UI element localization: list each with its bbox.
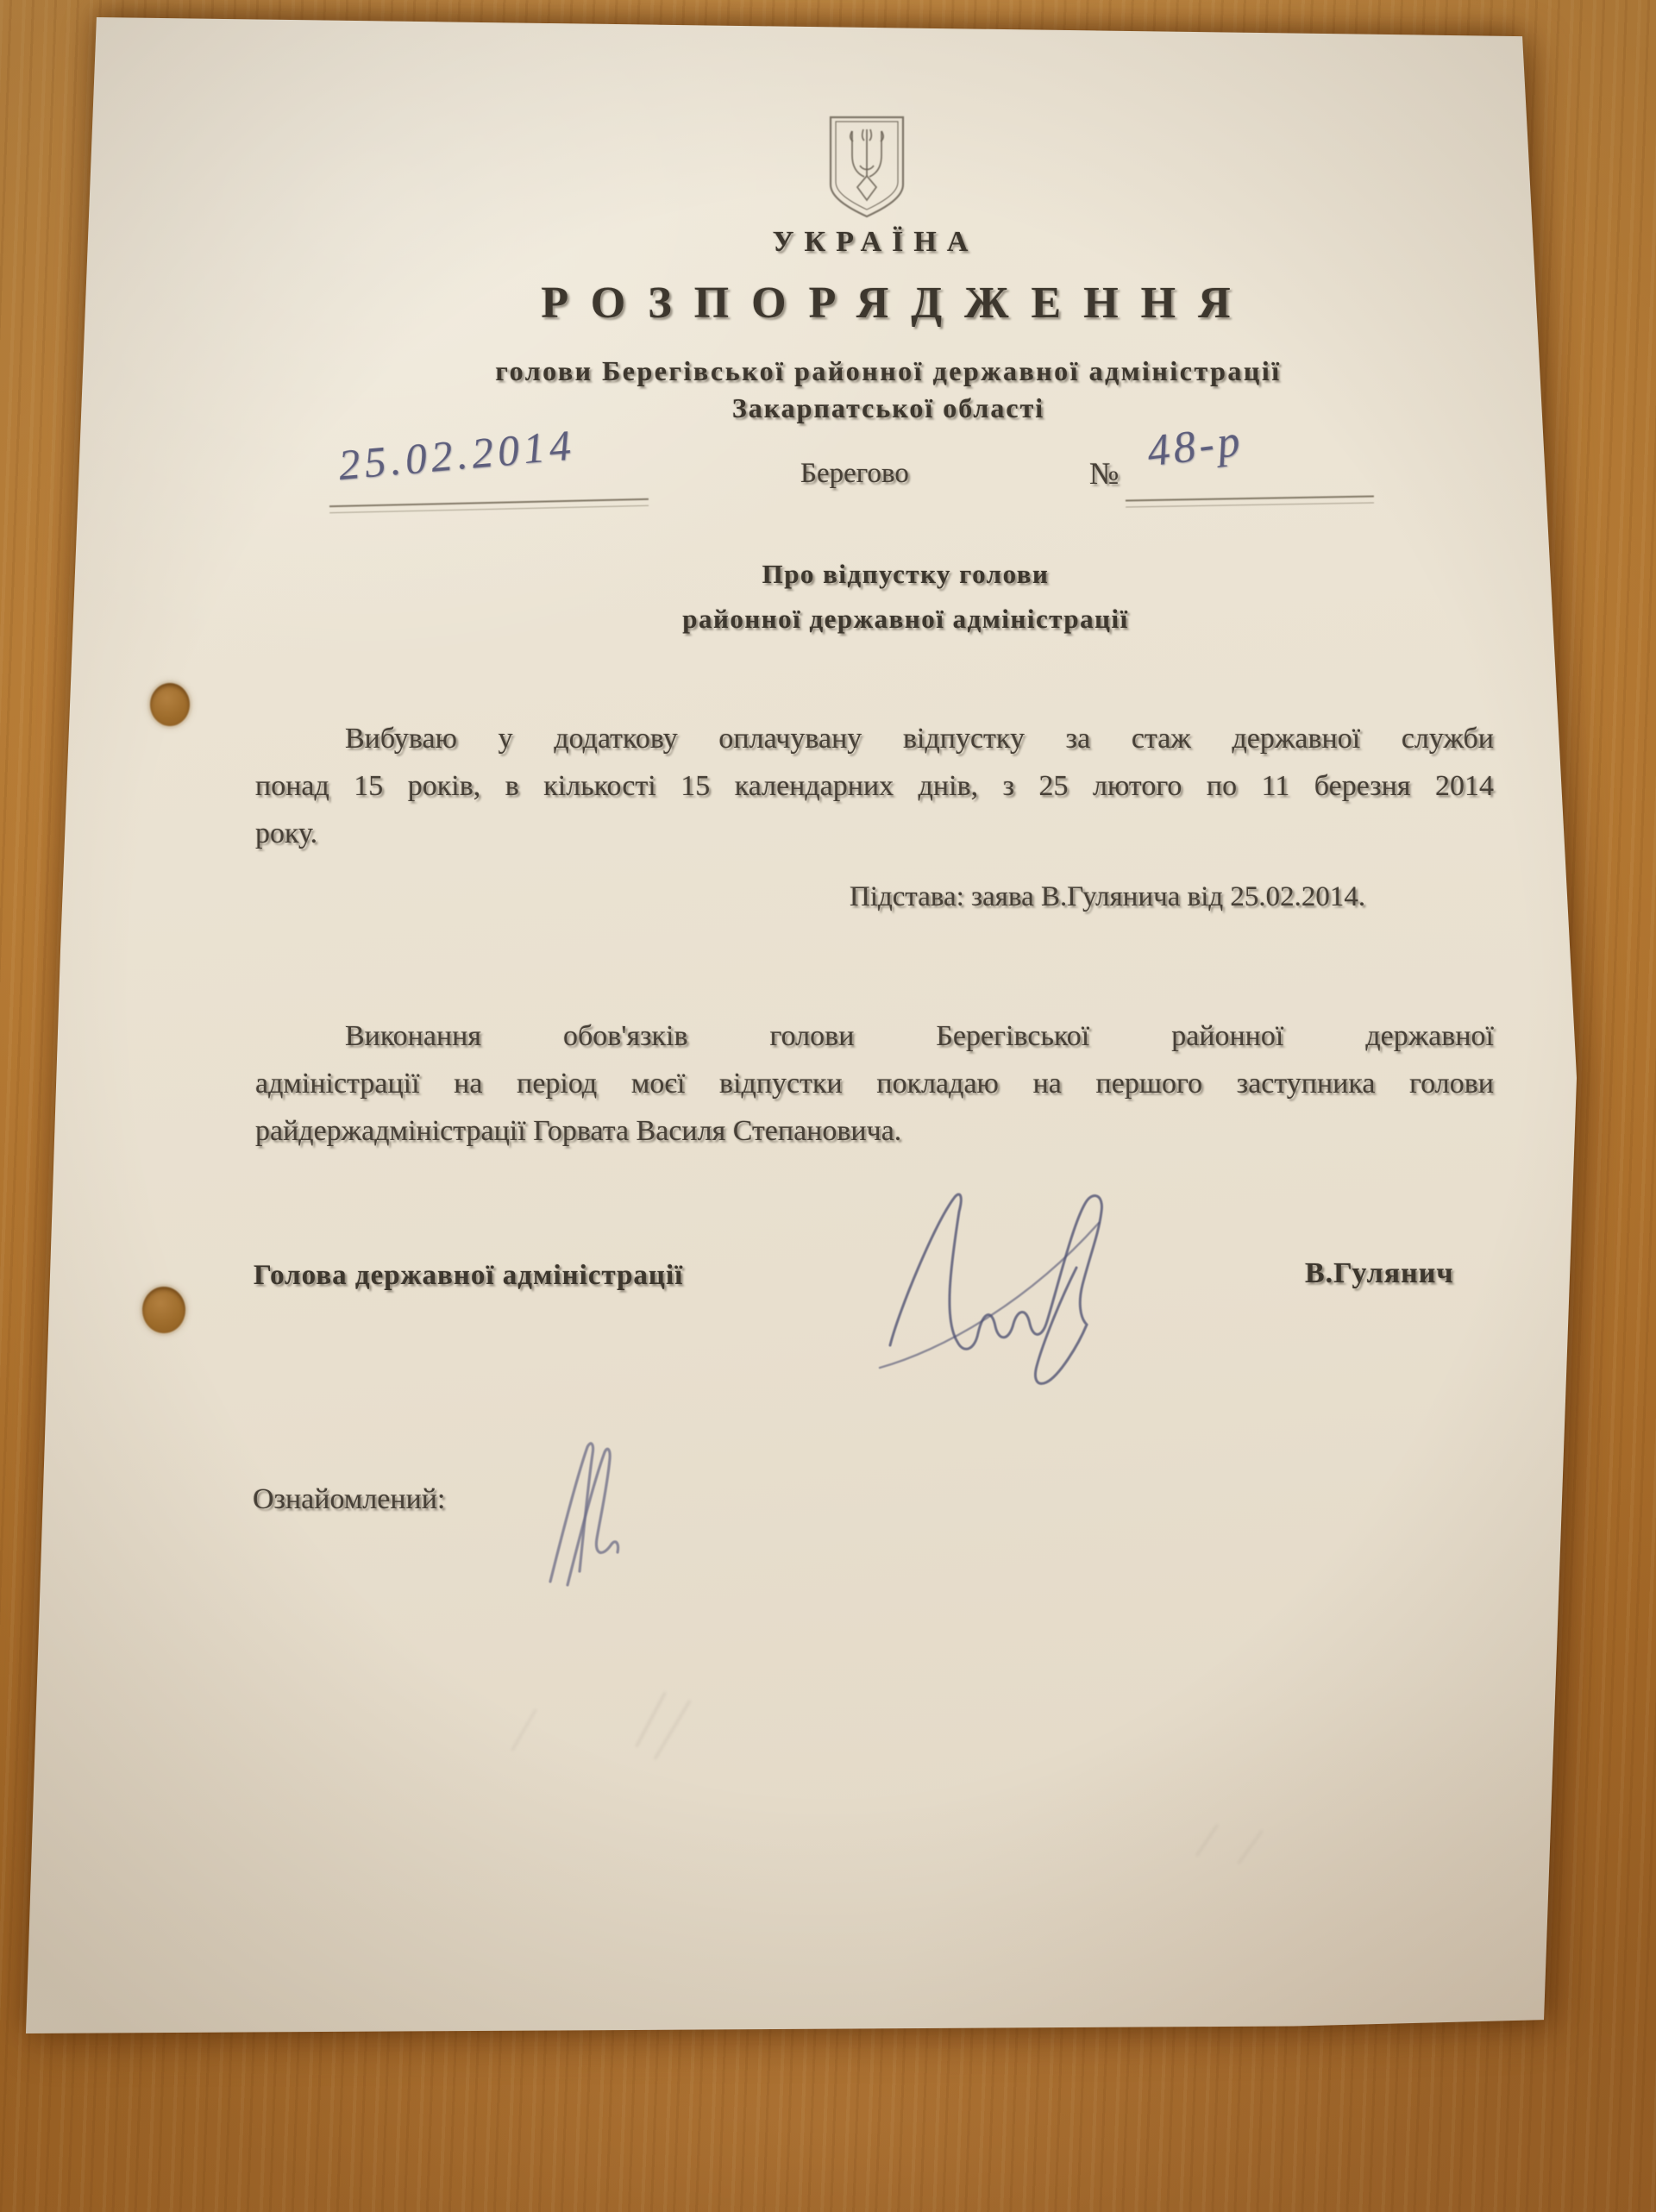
document-paper bbox=[0, 0, 1656, 2212]
hole-punch-bottom bbox=[142, 1287, 185, 1333]
number-sign: № bbox=[1089, 455, 1119, 492]
body-para1-line2: понад 15 років, в кількості 15 календарн… bbox=[255, 770, 1494, 803]
body-para2-line3: райдержадміністрації Горвата Василя Степ… bbox=[255, 1115, 901, 1148]
acknowledged-label: Ознайомлений: bbox=[253, 1483, 445, 1516]
subject-line-1: Про відпустку голови bbox=[604, 559, 1207, 590]
photo-canvas: УКРАЇНА РОЗПОРЯДЖЕННЯ голови Берегівсько… bbox=[0, 0, 1656, 2212]
body-para2-line1: Виконання обов'язків голови Берегівської… bbox=[345, 1020, 1494, 1053]
basis-line: Підстава: заява В.Гулянича від 25.02.201… bbox=[850, 881, 1365, 913]
signer-name: В.Гулянич bbox=[1305, 1257, 1454, 1290]
country-name: УКРАЇНА bbox=[703, 226, 1048, 259]
signature-ink bbox=[873, 1173, 1132, 1432]
hole-punch-top bbox=[150, 683, 190, 726]
initials-ink bbox=[524, 1433, 654, 1597]
order-title: РОЗПОРЯДЖЕННЯ bbox=[492, 278, 1302, 329]
body-para2-line2: адміністрації на період моєї відпустки п… bbox=[255, 1068, 1494, 1100]
paper-surface bbox=[0, 0, 1656, 2212]
body-para1-line3: року. bbox=[255, 818, 317, 850]
subject-line-2: районної державної адміністрації bbox=[604, 604, 1207, 635]
place-name: Берегово bbox=[800, 458, 909, 490]
trident-emblem-icon bbox=[824, 112, 910, 222]
signer-title: Голова державної адміністрації bbox=[254, 1260, 683, 1292]
body-para1-line1: Вибуваю у додаткову оплачувану відпустку… bbox=[345, 723, 1494, 755]
issuer-line-1: голови Берегівської районної державної а… bbox=[414, 355, 1363, 387]
